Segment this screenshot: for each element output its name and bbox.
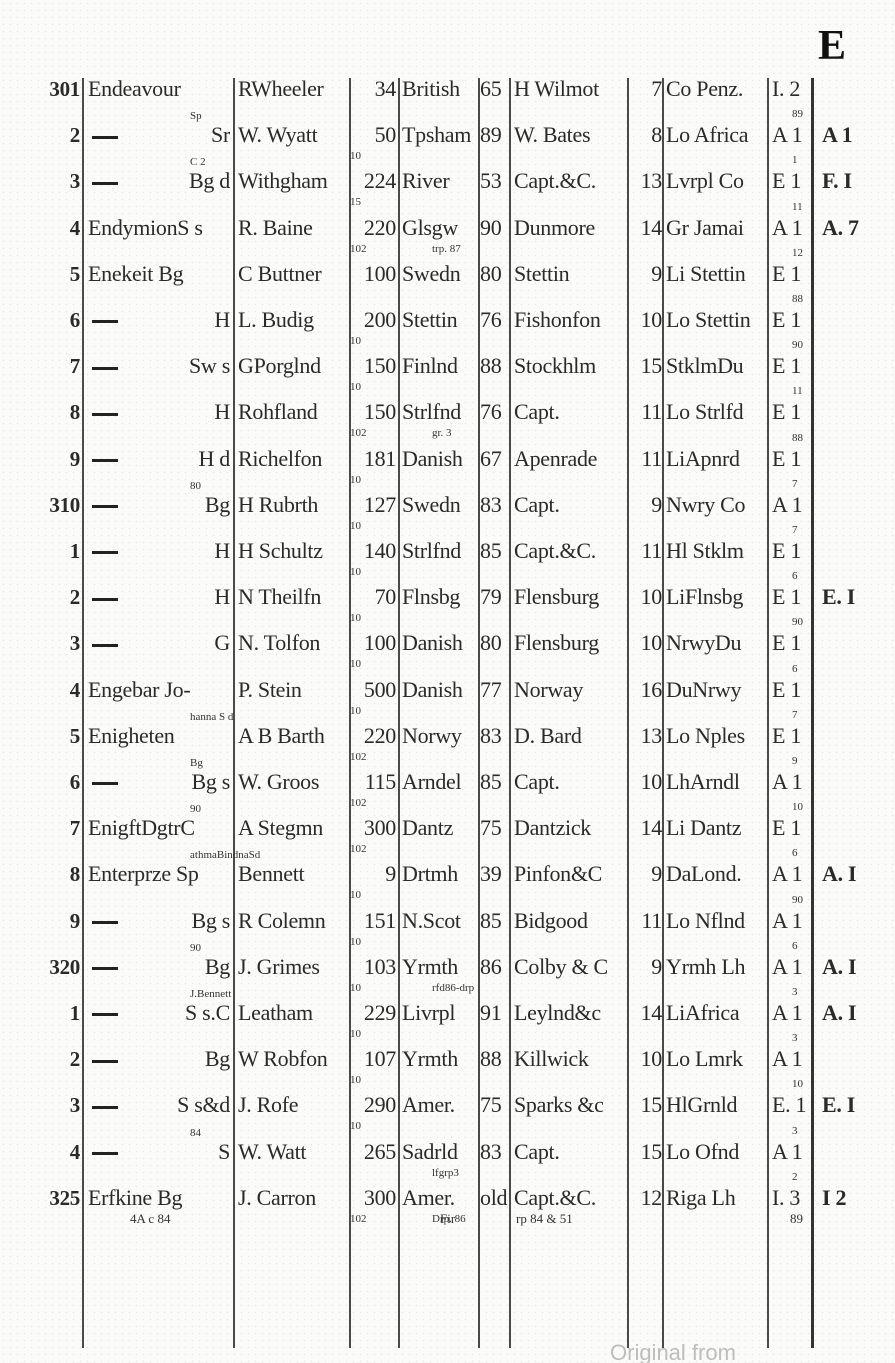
- register-row: 2SrW. Wyatt50Tpsham89W. Bates8Lo AfricaA…: [0, 122, 895, 168]
- tonnage: 115: [352, 769, 396, 795]
- class-superscript: 3: [792, 1032, 798, 1044]
- age: 67: [480, 446, 508, 472]
- class-superscript: 10: [792, 1078, 803, 1090]
- built-subscript: rfd86-drp: [432, 982, 474, 994]
- tonnage: 220: [352, 215, 396, 241]
- ditto-dash: [92, 367, 118, 370]
- class-rating: A 1: [772, 1000, 810, 1026]
- register-row: 8HRohfland150Strlfnd76Capt.11Lo StrlfdE …: [0, 399, 895, 445]
- row-number: 4: [22, 677, 80, 703]
- register-row: 2BgW Robfon107Yrmth88Killwick10Lo LmrkA …: [0, 1046, 895, 1092]
- master-name: Leatham: [238, 1000, 348, 1026]
- ship-name: Enigheten: [88, 723, 228, 749]
- register-row: 7EnigftDgtrCA Stegmn300Dantz75Dantzick14…: [0, 815, 895, 861]
- voyage: Co Penz.: [666, 76, 766, 102]
- draught: 12: [630, 1185, 662, 1211]
- ship-name: Erfkine Bg: [88, 1185, 228, 1211]
- owners: Sparks &c: [514, 1092, 626, 1118]
- where-built: Amer.: [402, 1092, 476, 1118]
- register-row: 8Enterprze SpBennett9Drtmh39Pinfon&C9DaL…: [0, 861, 895, 907]
- ship-name: Enekeit Bg: [88, 261, 228, 287]
- ditto-dash: [92, 644, 118, 647]
- ditto-dash: [92, 1152, 118, 1155]
- row-number: 8: [22, 861, 80, 887]
- rig-type: H: [160, 399, 230, 425]
- voyage: Li Dantz: [666, 815, 766, 841]
- age: 75: [480, 815, 508, 841]
- master-name: R Colemn: [238, 908, 348, 934]
- tonnage: 9: [352, 861, 396, 887]
- voyage: Lvrpl Co: [666, 168, 766, 194]
- where-built: River: [402, 168, 476, 194]
- margin-note: A. I: [822, 861, 892, 887]
- class-superscript: 2: [792, 1171, 798, 1183]
- under-owners-note: rp 84 & 51: [516, 1213, 573, 1225]
- tonnage: 224: [352, 168, 396, 194]
- tons-subscript: 10: [350, 982, 361, 994]
- draught: 15: [630, 353, 662, 379]
- ship-name: Enterprze Sp: [88, 861, 228, 887]
- where-built: Arndel: [402, 769, 476, 795]
- tons-subscript: 10: [350, 520, 361, 532]
- age: 39: [480, 861, 508, 887]
- tonnage: 103: [352, 954, 396, 980]
- where-built: Danish: [402, 677, 476, 703]
- row-number: 2: [22, 122, 80, 148]
- owners: Pinfon&C: [514, 861, 626, 887]
- age: 88: [480, 1046, 508, 1072]
- tons-subscript: 102: [350, 843, 367, 855]
- tonnage: 229: [352, 1000, 396, 1026]
- row-number: 310: [22, 492, 80, 518]
- owners: Colby & C: [514, 954, 626, 980]
- class-superscript: 90: [792, 339, 803, 351]
- tonnage: 300: [352, 815, 396, 841]
- master-name: H Schultz: [238, 538, 348, 564]
- ditto-dash: [92, 320, 118, 323]
- where-built: Yrmth: [402, 954, 476, 980]
- master-name: H Rubrth: [238, 492, 348, 518]
- owners: H Wilmot: [514, 76, 626, 102]
- tons-subscript: 10: [350, 705, 361, 717]
- row-number: 9: [22, 446, 80, 472]
- owners: Stockhlm: [514, 353, 626, 379]
- where-built: Yrmth: [402, 1046, 476, 1072]
- where-built: Amer.: [402, 1185, 476, 1211]
- row-number: 301: [22, 76, 80, 102]
- draught: 11: [630, 399, 662, 425]
- age: 91: [480, 1000, 508, 1026]
- age: 83: [480, 1139, 508, 1165]
- register-row: 5EnighetenA B Barth220Norwy83D. Bard13Lo…: [0, 723, 895, 769]
- voyage: Lo Stettin: [666, 307, 766, 333]
- voyage: HlGrnld: [666, 1092, 766, 1118]
- rig-superscript: 90: [190, 942, 201, 954]
- age: 75: [480, 1092, 508, 1118]
- row-number: 7: [22, 353, 80, 379]
- tonnage: 265: [352, 1139, 396, 1165]
- where-built: Strlfnd: [402, 538, 476, 564]
- tons-subscript: 10: [350, 1074, 361, 1086]
- tonnage: 500: [352, 677, 396, 703]
- voyage: Lo Ofnd: [666, 1139, 766, 1165]
- margin-note: A 1: [822, 122, 892, 148]
- register-row: 4Engebar Jo-P. Stein500Danish77Norway16D…: [0, 677, 895, 723]
- draught: 16: [630, 677, 662, 703]
- register-row: 2HN Theilfn70Flnsbg79Flensburg10LiFlnsbg…: [0, 584, 895, 630]
- owners: Norway: [514, 677, 626, 703]
- owners: Capt.: [514, 492, 626, 518]
- class-superscript: 6: [792, 940, 798, 952]
- ditto-dash: [92, 182, 118, 185]
- voyage: LiApnrd: [666, 446, 766, 472]
- ditto-dash: [92, 921, 118, 924]
- ship-name: EndymionS s: [88, 215, 228, 241]
- ditto-dash: [92, 1060, 118, 1063]
- class-rating: A 1: [772, 1139, 810, 1165]
- where-built: Sadrld: [402, 1139, 476, 1165]
- class-rating: E 1: [772, 815, 810, 841]
- register-row: 1HH Schultz140Strlfnd85Capt.&C.11Hl Stkl…: [0, 538, 895, 584]
- class-superscript: 12: [792, 247, 803, 259]
- voyage: LiFlnsbg: [666, 584, 766, 610]
- tons-subscript: 10: [350, 474, 361, 486]
- master-name: N. Tolfon: [238, 630, 348, 656]
- rig-type: S s.C: [160, 1000, 230, 1026]
- master-name: Richelfon: [238, 446, 348, 472]
- class-rating: E 1: [772, 677, 810, 703]
- register-row: 9Bg sR Colemn151N.Scot85Bidgood11Lo Nfln…: [0, 908, 895, 954]
- row-number: 3: [22, 1092, 80, 1118]
- where-built: Swedn: [402, 492, 476, 518]
- voyage: DaLond.: [666, 861, 766, 887]
- draught: 9: [630, 861, 662, 887]
- draught: 11: [630, 538, 662, 564]
- draught: 9: [630, 492, 662, 518]
- tons-subscript: 10: [350, 566, 361, 578]
- master-name: Withgham: [238, 168, 348, 194]
- draught: 14: [630, 215, 662, 241]
- class-rating: E. 1: [772, 1092, 810, 1118]
- class-superscript: 1: [792, 154, 798, 166]
- ditto-dash: [92, 782, 118, 785]
- class-rating: E 1: [772, 168, 810, 194]
- under-ship-note: 4A c 84: [130, 1213, 170, 1225]
- draught: 15: [630, 1139, 662, 1165]
- row-number: 6: [22, 307, 80, 333]
- rig-superscript: J.Bennett: [190, 988, 231, 1000]
- class-rating: A 1: [772, 769, 810, 795]
- tonnage: 290: [352, 1092, 396, 1118]
- where-built: Danish: [402, 630, 476, 656]
- ditto-dash: [92, 505, 118, 508]
- where-built: Swedn: [402, 261, 476, 287]
- class-rating: A 1: [772, 954, 810, 980]
- class-superscript: 6: [792, 570, 798, 582]
- tons-subscript: 10: [350, 936, 361, 948]
- voyage: StklmDu: [666, 353, 766, 379]
- draught: 13: [630, 723, 662, 749]
- owners: D. Bard: [514, 723, 626, 749]
- row-number: 9: [22, 908, 80, 934]
- tonnage: 150: [352, 353, 396, 379]
- where-built: Tpsham: [402, 122, 476, 148]
- voyage: NrwyDu: [666, 630, 766, 656]
- class-superscript: 9: [792, 755, 798, 767]
- age: 80: [480, 261, 508, 287]
- class-superscript: 6: [792, 847, 798, 859]
- voyage: Lo Lmrk: [666, 1046, 766, 1072]
- ditto-dash: [92, 551, 118, 554]
- age: 83: [480, 723, 508, 749]
- ship-name: EnigftDgtrC: [88, 815, 228, 841]
- owners: Dantzick: [514, 815, 626, 841]
- rig-type: S: [160, 1139, 230, 1165]
- register-row: 6Bg sW. Groos115Arndel85Capt.10LhArndlA …: [0, 769, 895, 815]
- register-row: 7Sw sGPorglnd150Finlnd88Stockhlm15StklmD…: [0, 353, 895, 399]
- margin-note: I 2: [822, 1185, 892, 1211]
- where-built: Stettin: [402, 307, 476, 333]
- voyage: Yrmh Lh: [666, 954, 766, 980]
- master-name: Bennett: [238, 861, 348, 887]
- master-name: Rohfland: [238, 399, 348, 425]
- draught: 8: [630, 122, 662, 148]
- where-built: Norwy: [402, 723, 476, 749]
- row-number: 1: [22, 1000, 80, 1026]
- register-row: 4SW. Watt265Sadrld83Capt.15Lo OfndA 1843…: [0, 1139, 895, 1185]
- owners: Capt.&C.: [514, 1185, 626, 1211]
- row-number: 7: [22, 815, 80, 841]
- tons-subscript: 10: [350, 658, 361, 670]
- ship-name: Endeavour: [88, 76, 228, 102]
- register-row: 9H dRichelfon181Danish67Apenrade11LiApnr…: [0, 446, 895, 492]
- age: old: [480, 1185, 508, 1211]
- voyage: Lo Strlfd: [666, 399, 766, 425]
- draught: 10: [630, 1046, 662, 1072]
- row-number: 3: [22, 630, 80, 656]
- rig-type: Bg: [160, 954, 230, 980]
- age: 89: [480, 122, 508, 148]
- ditto-dash: [92, 459, 118, 462]
- tons-subscript: 10: [350, 381, 361, 393]
- tonnage: 150: [352, 399, 396, 425]
- class-rating: E 1: [772, 584, 810, 610]
- master-name: J. Carron: [238, 1185, 348, 1211]
- under-class-note: 89: [790, 1213, 803, 1225]
- age: 90: [480, 215, 508, 241]
- rig-superscript: Bg: [190, 757, 203, 769]
- draught: 10: [630, 584, 662, 610]
- ditto-dash: [92, 1013, 118, 1016]
- class-rating: E 1: [772, 307, 810, 333]
- rig-superscript: hanna S d: [190, 711, 233, 723]
- margin-note: A. 7: [822, 215, 892, 241]
- where-built: Strlfnd: [402, 399, 476, 425]
- row-number: 4: [22, 215, 80, 241]
- row-number: 2: [22, 584, 80, 610]
- owners: Capt.&C.: [514, 168, 626, 194]
- class-superscript: 3: [792, 986, 798, 998]
- class-superscript: 3: [792, 1125, 798, 1137]
- tonnage: 140: [352, 538, 396, 564]
- voyage: Lo Africa: [666, 122, 766, 148]
- rig-type: Bg: [160, 1046, 230, 1072]
- master-name: W. Groos: [238, 769, 348, 795]
- age: 86: [480, 954, 508, 980]
- owners: Capt.: [514, 399, 626, 425]
- age: 83: [480, 492, 508, 518]
- class-rating: I. 3: [772, 1185, 810, 1211]
- tonnage: 100: [352, 630, 396, 656]
- tons-subscript: 10: [350, 1120, 361, 1132]
- age: 79: [480, 584, 508, 610]
- tons-subscript: 15: [350, 196, 361, 208]
- where-built: Finlnd: [402, 353, 476, 379]
- rig-type: S s&d: [160, 1092, 230, 1118]
- rig-superscript: 84: [190, 1127, 201, 1139]
- tonnage: 50: [352, 122, 396, 148]
- class-superscript: 7: [792, 709, 798, 721]
- voyage: Riga Lh: [666, 1185, 766, 1211]
- tonnage: 200: [352, 307, 396, 333]
- voyage: Hl Stklm: [666, 538, 766, 564]
- master-name: W Robfon: [238, 1046, 348, 1072]
- age: 53: [480, 168, 508, 194]
- class-superscript: 88: [792, 432, 803, 444]
- tonnage: 151: [352, 908, 396, 934]
- owners: Flensburg: [514, 630, 626, 656]
- owners: Bidgood: [514, 908, 626, 934]
- built-subscript: trp. 87: [432, 243, 461, 255]
- ditto-dash: [92, 967, 118, 970]
- ditto-dash: [92, 1106, 118, 1109]
- where-built: Glsgw: [402, 215, 476, 241]
- ditto-dash: [92, 413, 118, 416]
- register-row: 5Enekeit BgC Buttner100Swedn80Stettin9Li…: [0, 261, 895, 307]
- built-subscript: lfgrp3: [432, 1167, 459, 1179]
- age: 76: [480, 307, 508, 333]
- master-name: RWheeler: [238, 76, 348, 102]
- voyage: Lo Nples: [666, 723, 766, 749]
- class-rating: E 1: [772, 446, 810, 472]
- master-name: L. Budig: [238, 307, 348, 333]
- class-rating: A 1: [772, 861, 810, 887]
- class-rating: A 1: [772, 1046, 810, 1072]
- row-number: 8: [22, 399, 80, 425]
- class-rating: A 1: [772, 215, 810, 241]
- rig-type: Bg d: [160, 168, 230, 194]
- class-superscript: 11: [792, 385, 803, 397]
- owners: Capt.&C.: [514, 538, 626, 564]
- class-superscript: 6: [792, 663, 798, 675]
- page-section-letter: E: [818, 22, 846, 70]
- draught: 13: [630, 168, 662, 194]
- under-built-note: Fir: [440, 1213, 455, 1225]
- register-row: 6HL. Budig200Stettin76Fishonfon10Lo Stet…: [0, 307, 895, 353]
- draught: 11: [630, 446, 662, 472]
- tonnage: 300: [352, 1185, 396, 1211]
- rig-type: H: [160, 538, 230, 564]
- master-name: J. Grimes: [238, 954, 348, 980]
- tons-subscript: 10: [350, 612, 361, 624]
- where-built: N.Scot: [402, 908, 476, 934]
- draught: 10: [630, 630, 662, 656]
- where-built: Livrpl: [402, 1000, 476, 1026]
- rig-superscript: 80: [190, 480, 201, 492]
- owners: Apenrade: [514, 446, 626, 472]
- tonnage: 107: [352, 1046, 396, 1072]
- margin-note: E. I: [822, 584, 892, 610]
- rig-type: G: [160, 630, 230, 656]
- master-name: W. Wyatt: [238, 122, 348, 148]
- voyage: LhArndl: [666, 769, 766, 795]
- row-number: 4: [22, 1139, 80, 1165]
- class-rating: A 1: [772, 908, 810, 934]
- margin-note: F. I: [822, 168, 892, 194]
- class-superscript: 11: [792, 201, 803, 213]
- where-built: Flnsbg: [402, 584, 476, 610]
- tons-subscript: 10: [350, 335, 361, 347]
- register-row: 3GN. Tolfon100Danish80Flensburg10NrwyDuE…: [0, 630, 895, 676]
- draught: 7: [630, 76, 662, 102]
- row-number: 2: [22, 1046, 80, 1072]
- ditto-dash: [92, 136, 118, 139]
- class-rating: A 1: [772, 122, 810, 148]
- class-rating: E 1: [772, 261, 810, 287]
- row-number: 1: [22, 538, 80, 564]
- draught: 15: [630, 1092, 662, 1118]
- master-name: J. Rofe: [238, 1092, 348, 1118]
- owners: Killwick: [514, 1046, 626, 1072]
- tonnage: 100: [352, 261, 396, 287]
- owners: Stettin: [514, 261, 626, 287]
- class-rating: I. 2: [772, 76, 810, 102]
- rig-type: H: [160, 307, 230, 333]
- where-built: Danish: [402, 446, 476, 472]
- rig-type: H: [160, 584, 230, 610]
- class-superscript: 88: [792, 293, 803, 305]
- master-name: R. Baine: [238, 215, 348, 241]
- ditto-dash: [92, 598, 118, 601]
- row-number: 5: [22, 723, 80, 749]
- rig-type: Bg s: [160, 769, 230, 795]
- class-rating: E 1: [772, 723, 810, 749]
- owners: Dunmore: [514, 215, 626, 241]
- voyage: DuNrwy: [666, 677, 766, 703]
- class-rating: E 1: [772, 399, 810, 425]
- ship-name: Engebar Jo-: [88, 677, 228, 703]
- draught: 9: [630, 954, 662, 980]
- draught: 10: [630, 769, 662, 795]
- class-rating: E 1: [772, 538, 810, 564]
- rig-type: Sr: [160, 122, 230, 148]
- row-number: 3: [22, 168, 80, 194]
- draught: 14: [630, 815, 662, 841]
- age: 80: [480, 630, 508, 656]
- class-superscript: 7: [792, 524, 798, 536]
- register-row: 3Bg dWithgham224River53Capt.&C.13Lvrpl C…: [0, 168, 895, 214]
- owners: Capt.: [514, 769, 626, 795]
- rig-type: Sw s: [160, 353, 230, 379]
- age: 65: [480, 76, 508, 102]
- voyage: LiAfrica: [666, 1000, 766, 1026]
- tonnage: 181: [352, 446, 396, 472]
- voyage: Li Stettin: [666, 261, 766, 287]
- built-subscript: gr. 3: [432, 427, 452, 439]
- class-superscript: 7: [792, 478, 798, 490]
- age: 85: [480, 769, 508, 795]
- age: 85: [480, 908, 508, 934]
